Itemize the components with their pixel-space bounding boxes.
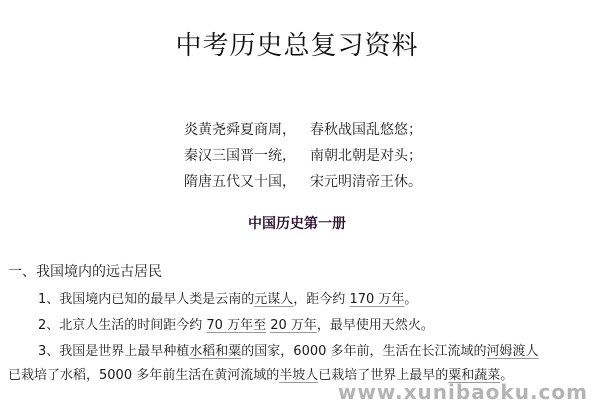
mnemonic-poem: 炎黄尧舜夏商周，春秋战国乱悠悠； 秦汉三国晋一统，南朝北朝是对头； 隋唐五代又十… (184, 117, 422, 195)
key-term: 河姆渡人 (487, 344, 539, 359)
site-watermark: www.xunibaoku.com (338, 380, 588, 404)
poem-line: 隋唐五代又十国，宋元明清帝王休。 (184, 169, 422, 195)
key-term: 水稻和粟 (189, 344, 241, 359)
document-title: 中考历史总复习资料 (0, 28, 594, 64)
poem-line: 炎黄尧舜夏商周，春秋战国乱悠悠； (184, 117, 422, 143)
poem-line-left: 隋唐五代又十国， (184, 174, 296, 190)
paragraph-text: ，距今约 (293, 292, 349, 307)
paragraph-text: 已栽培了水稻，5000 多年前生活在黄河流域的 (8, 368, 279, 383)
poem-line-left: 秦汉三国晋一统， (184, 148, 296, 164)
poem-line-right: 宋元明清帝王休。 (310, 174, 422, 190)
paragraph-1: 1、我国境内已知的最早人类是云南的元谋人，距今约 170 万年。 (38, 288, 417, 312)
section-heading: 一、我国境内的远古居民 (8, 262, 162, 282)
key-term: 70 万年至 (206, 318, 266, 333)
chapter-subtitle: 中国历史第一册 (0, 214, 594, 234)
poem-line-left: 炎黄尧舜夏商周， (184, 122, 296, 138)
key-term: 170 万年 (349, 292, 404, 307)
poem-line: 秦汉三国晋一统，南朝北朝是对头； (184, 143, 422, 169)
poem-line-right: 春秋战国乱悠悠； (310, 122, 422, 138)
key-term: 半坡人 (279, 368, 318, 383)
paragraph-2: 2、北京人生活的时间距今约 70 万年至 20 万年，最早使用天然火。 (38, 314, 434, 338)
paragraph-text: 2、北京人生活的时间距今约 (38, 318, 206, 333)
poem-line-right: 南朝北朝是对头； (310, 148, 422, 164)
paragraph-3-line-1: 3、我国是世界上最早种植水稻和粟的国家，6000 多年前，生活在长江流域的河姆渡… (38, 340, 539, 364)
paragraph-text: 1、我国境内已知的最早人类是云南的 (38, 292, 254, 307)
paragraph-text: ，最早使用天然火。 (317, 318, 434, 333)
key-term: 20 万年 (270, 318, 317, 333)
paragraph-text: 3、我国是世界上最早种植 (38, 344, 189, 359)
paragraph-text: 的国家，6000 多年前，生活在长江流域的 (241, 344, 486, 359)
key-term: 元谋人 (254, 292, 293, 307)
paragraph-text: 。 (404, 292, 417, 307)
